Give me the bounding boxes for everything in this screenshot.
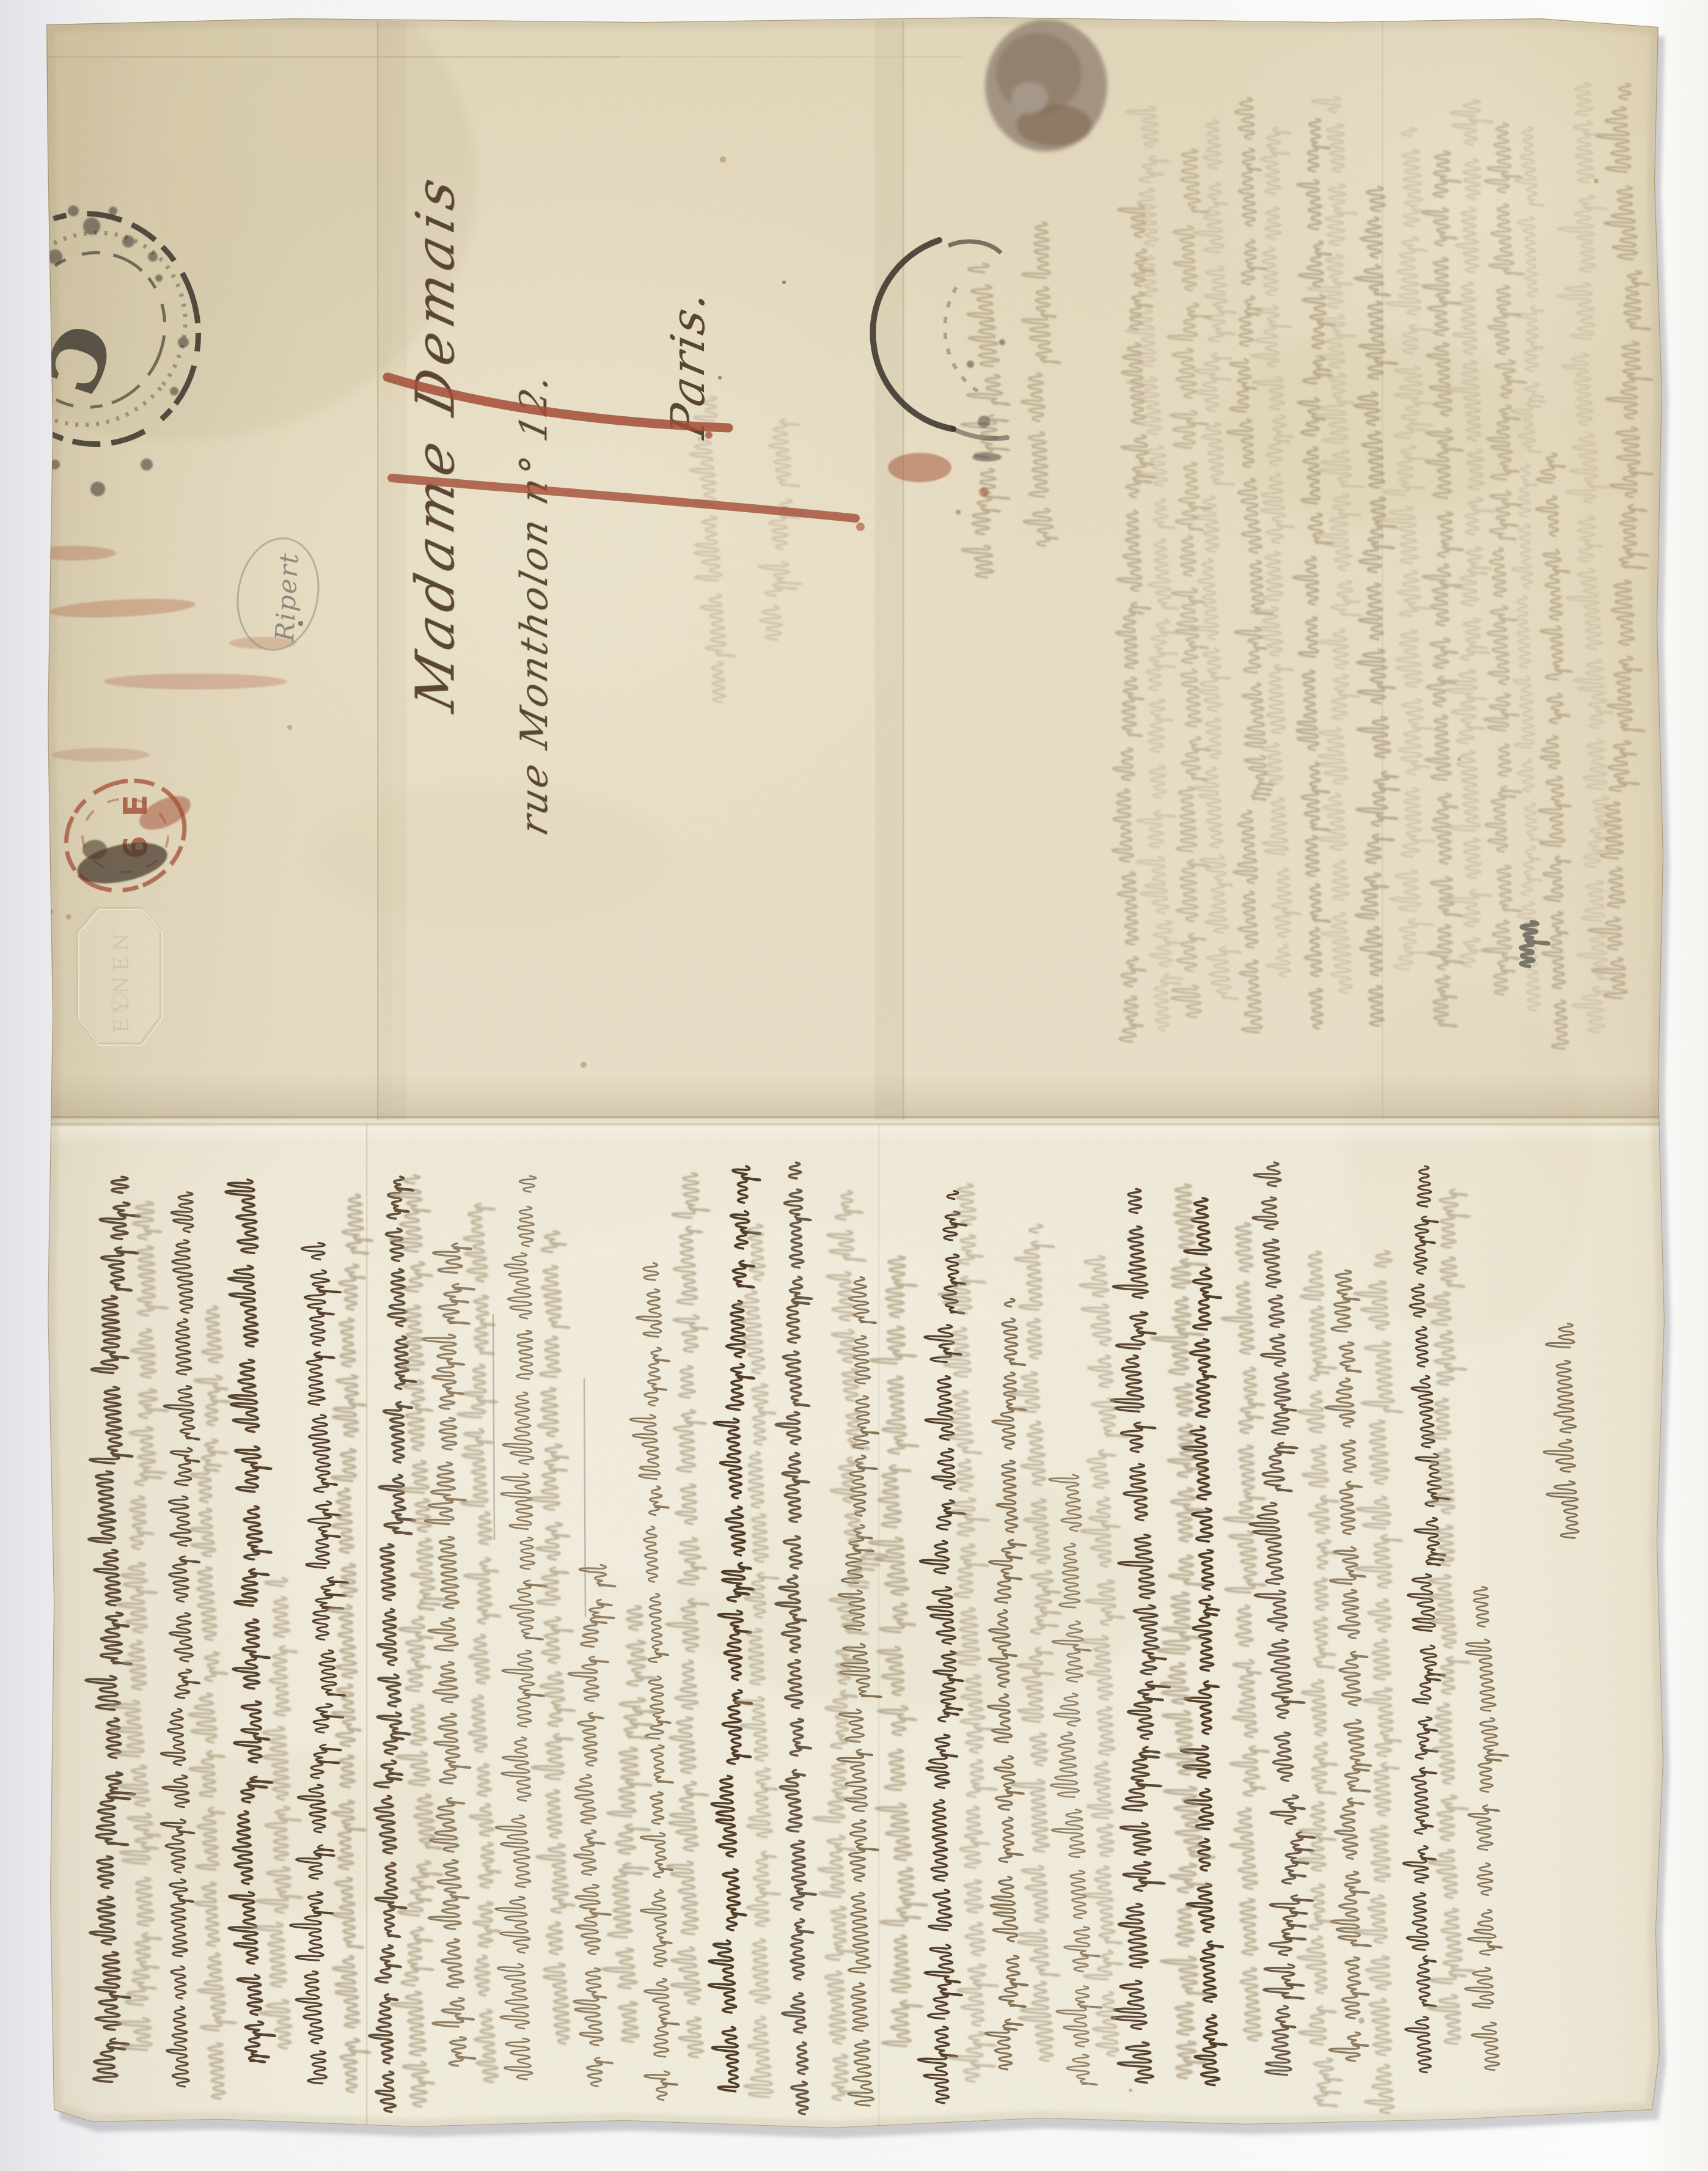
letter-scan: EYNEN 5 <box>0 0 1708 2171</box>
paper-grain <box>46 17 1665 2129</box>
scanned-letter-page: EYNEN 5 <box>0 0 1708 2171</box>
